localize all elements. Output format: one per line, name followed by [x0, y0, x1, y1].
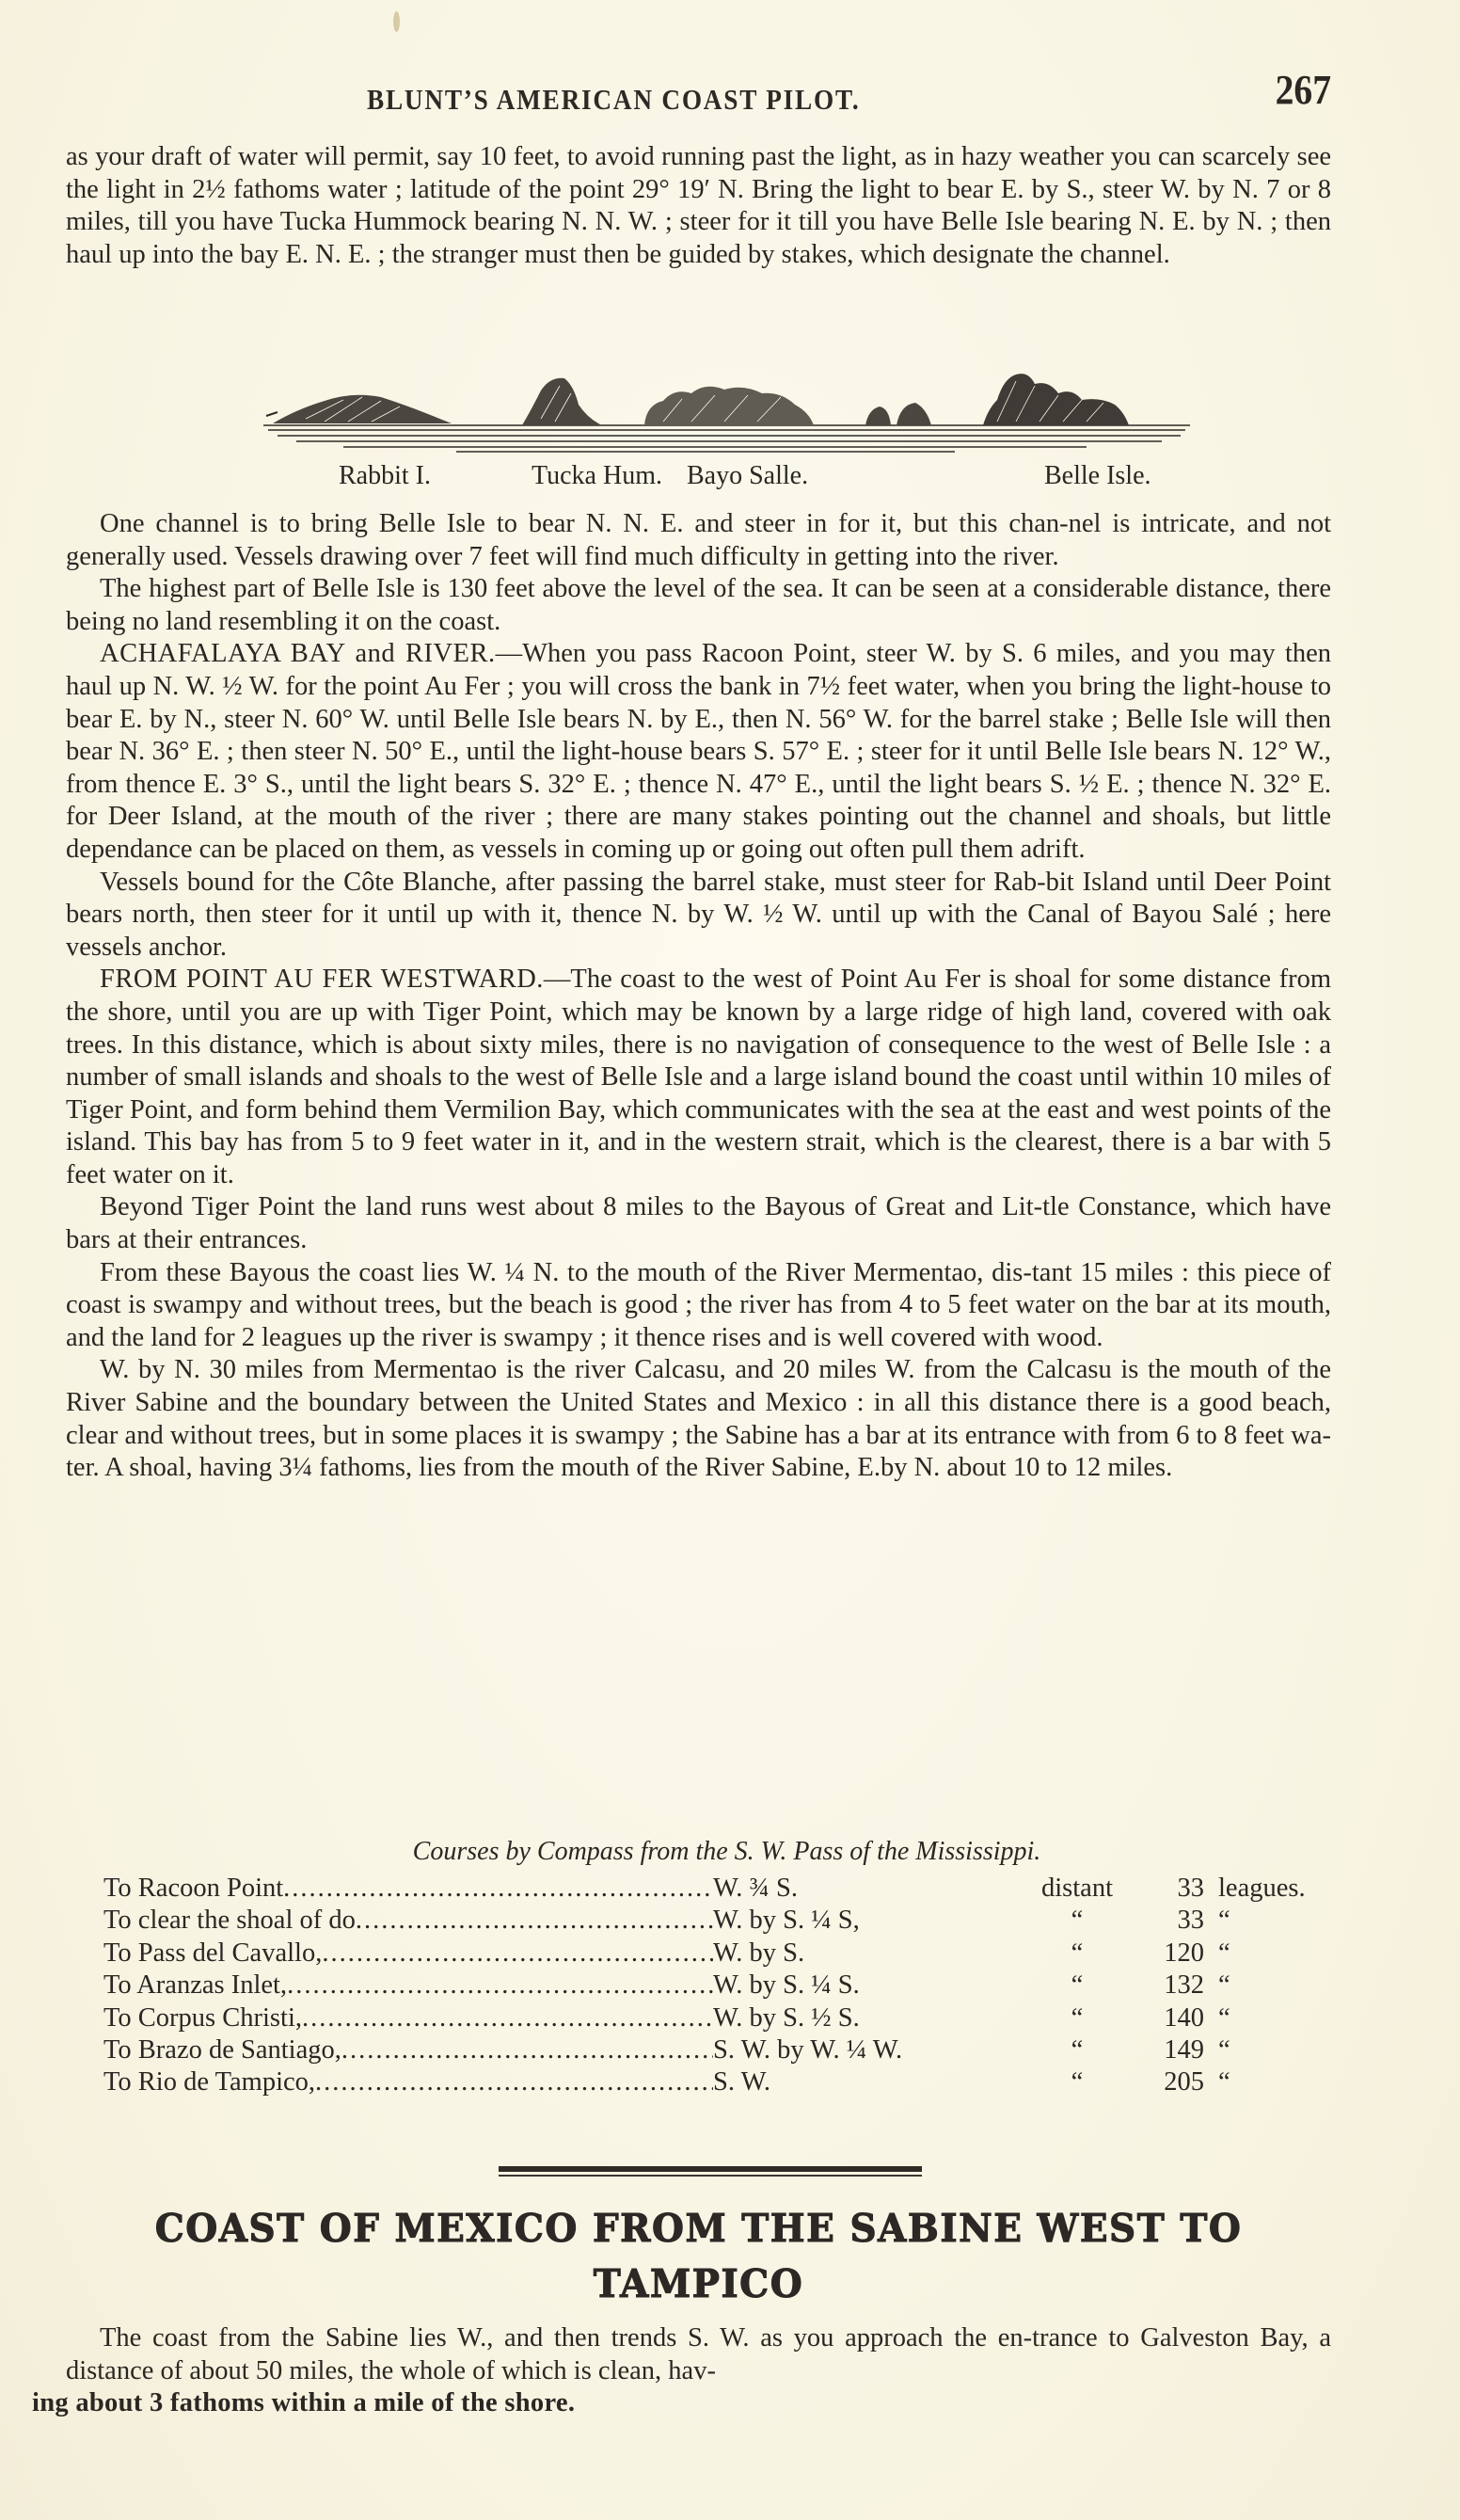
paragraph-point-au-fer: FROM POINT AU FER WESTWARD.—The coast to…: [66, 964, 1331, 1191]
bearing: W. by S. ¼ S,: [713, 1905, 860, 1937]
bearing: W. ¾ S.: [713, 1873, 798, 1905]
dot-leader: ........................................…: [302, 2003, 713, 2033]
section-heading-line-1: COAST OF MEXICO FROM THE SABINE WEST TO: [66, 2201, 1331, 2257]
paragraph-sabine-last-line: ing about 3 fathoms within a mile of the…: [32, 2388, 575, 2417]
heading-achafalaya: ACHAFALAYA BAY and RIVER.: [100, 639, 496, 668]
bearing: S. W. by W. ¼ W.: [713, 2034, 902, 2066]
divider-thick-rule: [499, 2166, 922, 2172]
page-number: 267: [1276, 66, 1331, 114]
distance-label: distant: [1025, 1873, 1129, 1905]
table-row: To clear the shoal of do................…: [103, 1905, 1279, 1937]
table-row: To Corpus Christi,......................…: [103, 2002, 1279, 2034]
bearing: S. W.: [713, 2066, 770, 2098]
text-point-au-fer: —The coast to the west of Point Au Fer i…: [66, 965, 1331, 1189]
dot-leader: ........................................…: [341, 2035, 713, 2065]
main-text: One channel is to bring Belle Isle to be…: [66, 508, 1331, 1485]
paragraph-bayous: From these Bayous the coast lies W. ¼ N.…: [66, 1257, 1331, 1355]
distance-value: 33: [1119, 1905, 1204, 1937]
divider-thin-rule: [499, 2175, 922, 2177]
label-belle-isle: Belle Isle.: [1044, 461, 1151, 491]
distance-value: 149: [1119, 2034, 1204, 2066]
label-tucka-hummock: Tucka Hum.: [532, 461, 662, 491]
destination: To clear the shoal of do: [103, 1906, 356, 1935]
distance-label: “: [1025, 2002, 1129, 2034]
distance-value: 132: [1119, 1970, 1204, 2002]
destination: To Brazo de Santiago,: [103, 2035, 341, 2065]
label-bayo-salle: Bayo Salle.: [687, 461, 808, 491]
courses-table-caption: Courses by Compass from the S. W. Pass o…: [66, 1837, 1331, 1867]
coastline-engraving-icon: [240, 367, 1218, 461]
table-row: To Racoon Point.........................…: [103, 1873, 1279, 1905]
distance-unit: “: [1218, 1970, 1230, 2002]
table-row: To Aranzas Inlet,.......................…: [103, 1970, 1279, 2002]
bearing: W. by S. ½ S.: [713, 2002, 860, 2034]
destination: To Aranzas Inlet,: [103, 1970, 287, 2000]
section-heading-line-2: TAMPICO: [66, 2257, 1331, 2312]
bearing: W. by S. ¼ S.: [713, 1970, 860, 2002]
destination: To Rio de Tampico,: [103, 2067, 315, 2097]
distance-label: “: [1025, 2066, 1129, 2098]
running-title: BLUNT’S AMERICAN COAST PILOT.: [367, 83, 860, 117]
paragraph-one-channel: One channel is to bring Belle Isle to be…: [66, 508, 1331, 573]
distance-value: 205: [1119, 2066, 1204, 2098]
paragraph-sabine-coast: The coast from the Sabine lies W., and t…: [66, 2322, 1331, 2420]
distance-label: “: [1025, 2034, 1129, 2066]
intro-text: as your draft of water will permit, say …: [66, 141, 1331, 271]
heading-point-au-fer: FROM POINT AU FER WESTWARD.: [100, 965, 544, 994]
distance-label: “: [1025, 1938, 1129, 1970]
distance-label: “: [1025, 1970, 1129, 2002]
bearing: W. by S.: [713, 1938, 804, 1970]
section-text: The coast from the Sabine lies W., and t…: [66, 2322, 1331, 2420]
text-achafalaya: —When you pass Racoon Point, steer W. by…: [66, 639, 1331, 864]
distance-unit: “: [1218, 1905, 1230, 1937]
coastal-profile-figure: Rabbit I. Tucka Hum. Bayo Salle. Belle I…: [240, 367, 1218, 499]
table-row: To Pass del Cavallo,....................…: [103, 1938, 1279, 1970]
courses-table: To Racoon Point.........................…: [103, 1873, 1279, 2099]
dot-leader: ........................................…: [283, 1874, 713, 1903]
paper-stain: [393, 11, 400, 32]
paragraph-belle-isle-height: The highest part of Belle Isle is 130 fe…: [66, 573, 1331, 638]
destination: To Pass del Cavallo,: [103, 1938, 322, 1968]
distance-label: “: [1025, 1905, 1129, 1937]
paragraph-sabine-main: The coast from the Sabine lies W., and t…: [66, 2323, 1331, 2385]
table-row: To Rio de Tampico,......................…: [103, 2066, 1279, 2098]
paragraph-tiger-point: Beyond Tiger Point the land runs west ab…: [66, 1191, 1331, 1256]
destination: To Racoon Point: [103, 1874, 283, 1903]
paragraph-cote-blanche: Vessels bound for the Côte Blanche, afte…: [66, 867, 1331, 965]
distance-unit: “: [1218, 2002, 1230, 2034]
distance-value: 33: [1119, 1873, 1204, 1905]
table-row: To Brazo de Santiago,...................…: [103, 2034, 1279, 2066]
distance-unit: leagues.: [1218, 1873, 1306, 1905]
figure-labels: Rabbit I. Tucka Hum. Bayo Salle. Belle I…: [240, 461, 1218, 499]
distance-unit: “: [1218, 2034, 1230, 2066]
dot-leader: ........................................…: [322, 1938, 713, 1968]
paragraph-calcasu-sabine: W. by N. 30 miles from Mermentao is the …: [66, 1354, 1331, 1484]
distance-value: 120: [1119, 1938, 1204, 1970]
label-rabbit-island: Rabbit I.: [339, 461, 431, 491]
distance-value: 140: [1119, 2002, 1204, 2034]
section-heading: COAST OF MEXICO FROM THE SABINE WEST TO …: [66, 2201, 1331, 2312]
distance-unit: “: [1218, 2066, 1230, 2098]
distance-unit: “: [1218, 1938, 1230, 1970]
dot-leader: ........................................…: [315, 2067, 713, 2097]
dot-leader: ........................................…: [356, 1906, 713, 1935]
destination: To Corpus Christi,: [103, 2003, 302, 2033]
section-divider: [499, 2166, 922, 2177]
intro-paragraph: as your draft of water will permit, say …: [66, 141, 1331, 271]
dot-leader: ........................................…: [287, 1970, 713, 2000]
paragraph-achafalaya: ACHAFALAYA BAY and RIVER.—When you pass …: [66, 638, 1331, 866]
running-head: BLUNT’S AMERICAN COAST PILOT. 267: [66, 77, 1331, 124]
